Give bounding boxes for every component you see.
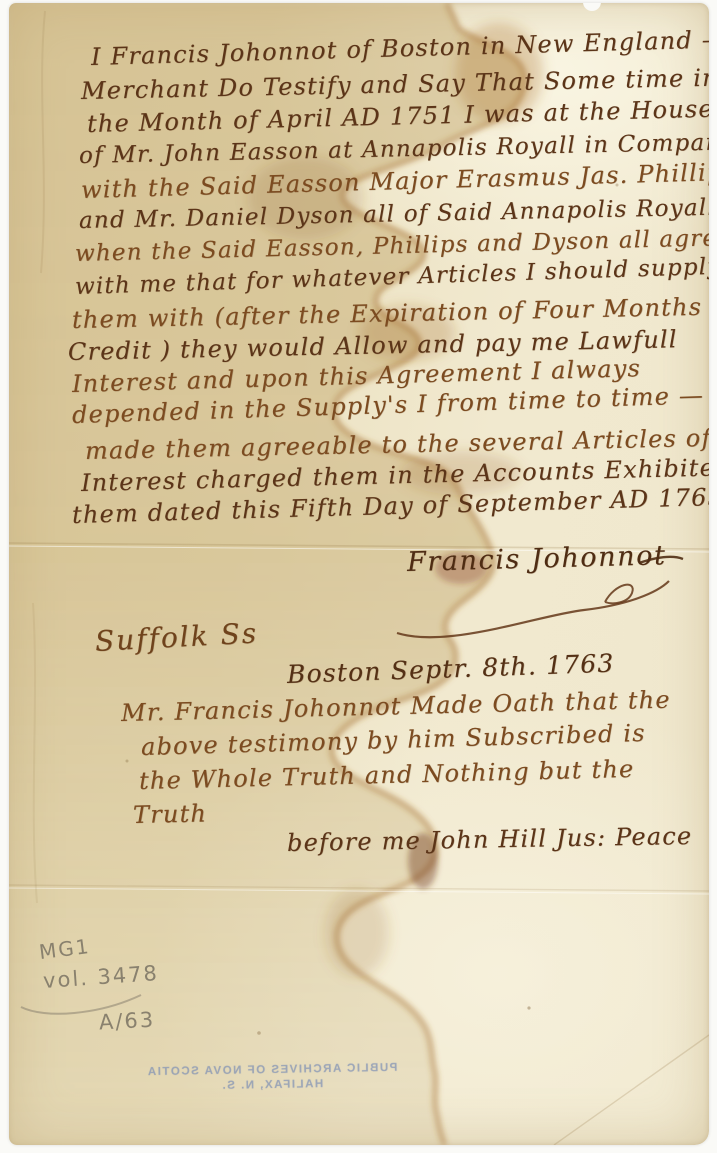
handwriting-layer: I Francis Johonnot of Boston in New Engl… (9, 3, 709, 1145)
testimony-line: I Francis Johonnot of Boston in New Engl… (91, 25, 709, 71)
jurat-place-date: Boston Septr. 8th. 1763 (286, 649, 614, 689)
jurat-attestation: before me John Hill Jus: Peace (287, 822, 693, 857)
pencil-mark-item: A/63 (98, 1008, 155, 1035)
pencil-mark-volume: vol. 3478 (42, 961, 159, 993)
jurat-line: the Whole Truth and Nothing but the (139, 755, 635, 795)
scan-background: I Francis Johonnot of Boston in New Engl… (0, 0, 717, 1153)
pencil-mark-collection: MG1 (38, 934, 92, 964)
manuscript-page: I Francis Johonnot of Boston in New Engl… (9, 3, 709, 1145)
jurat-county: Suffolk Ss (94, 616, 259, 657)
jurat-line: Truth (133, 799, 208, 829)
jurat-line: above testimony by him Subscribed is (141, 719, 646, 761)
archives-stamp-mirrored: PUBLIC ARCHIVES OF NOVA SCOTIA HALIFAX, … (117, 1060, 427, 1095)
signature: Francis Johonnot (407, 540, 667, 578)
